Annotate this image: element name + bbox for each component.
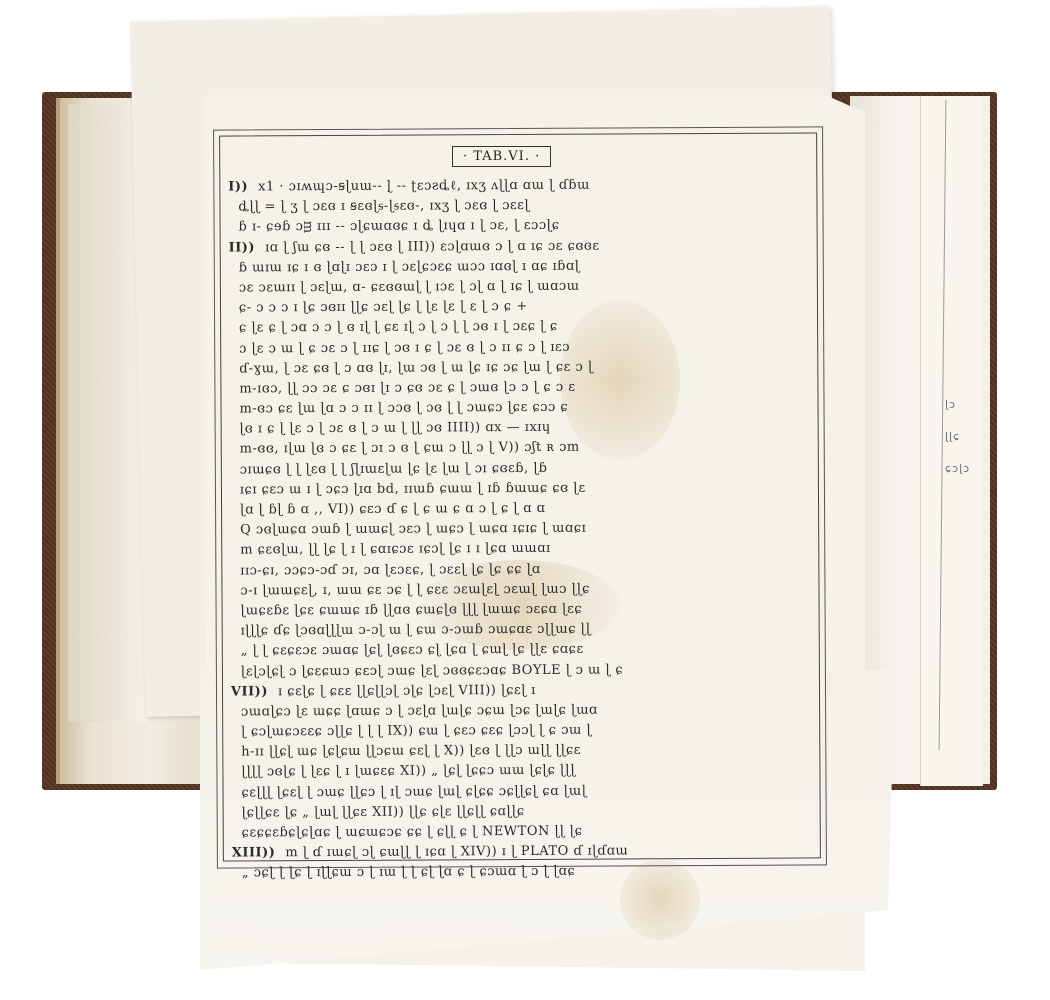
plate-title: · TAB.VI. · [452,146,551,167]
margin-note: ɭɔ [945,398,956,411]
cipher-text-block: I))x1 · ɔɪʍɰɔ-ꞩɭuɯ-- ɭ̣ -- ʈɛɔƨȡℓ, ɪxʒ ʌ… [228,174,812,857]
text-line: „ ɔɕɭ ɭ ɭɕ ɭ ɪɭɭɕɯ ɔ ɭ ɪɯ ɭ ɭ ɕɭ ɭɑ ɕ ɭ … [232,861,812,884]
margin-note: ɕɔɭɔ [945,462,970,475]
margin-note: ɭɭɕ [945,430,960,443]
